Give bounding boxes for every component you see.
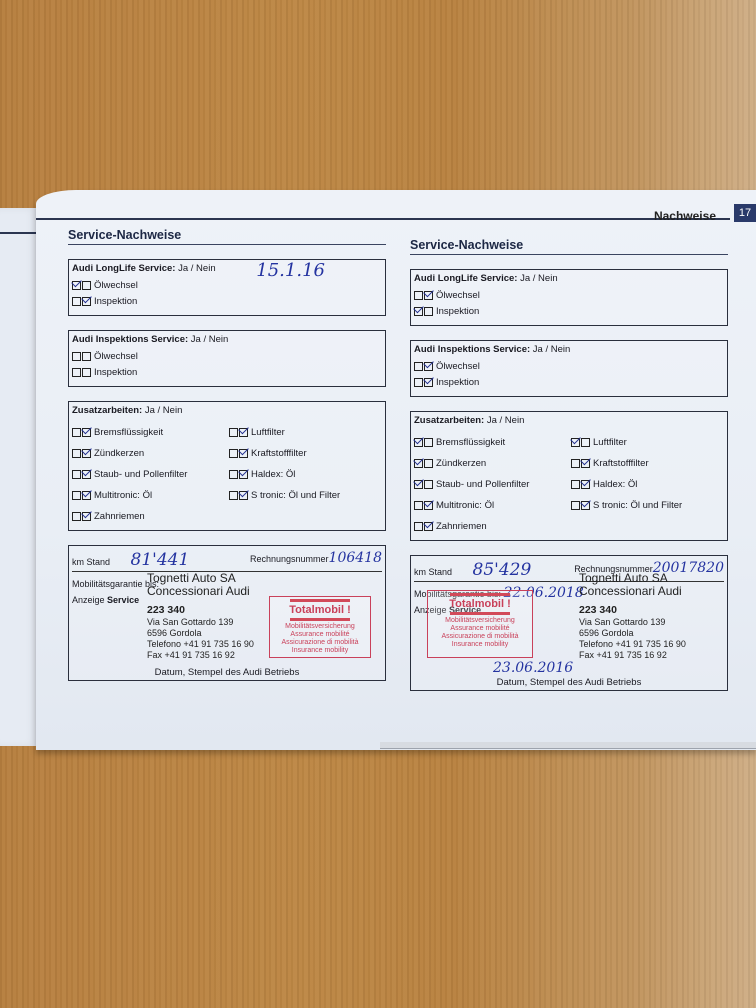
checkbox-ja[interactable] [72,297,81,306]
checkbox-nein[interactable] [424,501,433,510]
checkbox-nein[interactable] [581,438,590,447]
box-title: Audi LongLife Service: Ja / Nein [72,263,382,274]
item-label: Ölwechsel [94,351,138,362]
km-value: 85'429 [473,560,532,580]
checkbox-nein[interactable] [424,522,433,531]
additional-work-box: Zusatzarbeiten: Ja / Nein Bremsflüssigke… [410,411,728,541]
checklist-item: Haldex: Öl [229,469,382,480]
checkbox-nein[interactable] [82,491,91,500]
km-value: 81'441 [131,550,190,570]
longlife-service-box: Audi LongLife Service: Ja / Nein Ölwechs… [68,259,386,316]
checklist-item: Bremsflüssigkeit [72,427,225,438]
checkbox-ja[interactable] [414,459,423,468]
item-label: Multitronic: Öl [436,500,494,511]
checkbox-nein[interactable] [82,368,91,377]
page-number: 17 [734,204,756,222]
item-label: Zahnriemen [94,511,145,522]
checkbox-nein[interactable] [424,438,433,447]
checkbox-ja[interactable] [414,438,423,447]
service-record-column-right: Service-Nachweise Audi LongLife Service:… [410,238,728,705]
dealer-stamp: Tognetti Auto SA Concessionari Audi 223 … [579,572,686,661]
stamp-date: 23.06.2016 [493,660,573,676]
previous-page-edge [0,208,39,746]
checklist-item: S tronic: Öl und Filter [229,490,382,501]
checkbox-nein[interactable] [581,501,590,510]
page-stack-edge [380,742,756,749]
km-row: km Stand 81'441 Rechnungsnummer106418 [72,549,382,572]
checkbox-nein[interactable] [239,470,248,479]
box-title: Audi Inspektions Service: Ja / Nein [414,344,724,355]
item-label: Inspektion [94,367,137,378]
item-label: Haldex: Öl [251,469,295,480]
handwritten-date: 15.1.16 [256,260,325,281]
item-label: Inspektion [436,306,479,317]
checkbox-nein[interactable] [82,470,91,479]
box-title: Zusatzarbeiten: Ja / Nein [72,405,382,416]
checkbox-ja[interactable] [229,491,238,500]
checkbox-nein[interactable] [239,449,248,458]
item-label: Staub- und Pollenfilter [94,469,187,480]
checklist-item: Ölwechsel [72,280,382,291]
checklist-item: S tronic: Öl und Filter [571,500,724,511]
checkbox-ja[interactable] [72,491,81,500]
checkbox-ja[interactable] [571,501,580,510]
item-label: Multitronic: Öl [94,490,152,501]
checklist-item: Inspektion [72,296,382,307]
checkbox-ja[interactable] [414,307,423,316]
checklist-item: Ölwechsel [414,290,724,301]
totalmobil-stamp: Totalmobil ! Mobilitätsversicherung Assu… [427,590,533,658]
item-label: Inspektion [436,377,479,388]
item-label: Luftfilter [593,437,627,448]
checkbox-nein[interactable] [424,291,433,300]
checklist-item: Ölwechsel [414,361,724,372]
checkbox-nein[interactable] [581,459,590,468]
checkbox-nein[interactable] [82,449,91,458]
section-title: Service-Nachweise [68,228,386,245]
checkbox-ja[interactable] [72,368,81,377]
header-rule [36,218,730,220]
checkbox-ja[interactable] [72,512,81,521]
checklist-item: Haldex: Öl [571,479,724,490]
box-title: Audi LongLife Service: Ja / Nein [414,273,724,284]
checkbox-ja[interactable] [414,501,423,510]
invoice-number: 106418 [329,550,382,566]
service-stamp-box: km Stand 81'441 Rechnungsnummer106418 Mo… [68,545,386,681]
longlife-service-box: Audi LongLife Service: Ja / Nein Ölwechs… [410,269,728,326]
checklist-item: Bremsflüssigkeit [414,437,567,448]
checkbox-nein[interactable] [581,480,590,489]
item-label: Luftfilter [251,427,285,438]
box-title: Audi Inspektions Service: Ja / Nein [72,334,382,345]
checklist-item: Kraftstofffilter [229,448,382,459]
checkbox-ja[interactable] [229,470,238,479]
service-record-column-left: Service-Nachweise Audi LongLife Service:… [68,228,386,695]
checklist-item: Ölwechsel [72,351,382,362]
checkbox-ja[interactable] [414,522,423,531]
checkbox-nein[interactable] [424,480,433,489]
item-label: Staub- und Pollenfilter [436,479,529,490]
inspection-service-box: Audi Inspektions Service: Ja / Nein Ölwe… [68,330,386,387]
checkbox-ja[interactable] [571,480,580,489]
checklist-item: Multitronic: Öl [72,490,225,501]
checklist-item: Luftfilter [571,437,724,448]
checkbox-ja[interactable] [72,470,81,479]
checkbox-nein[interactable] [424,378,433,387]
checklist-item: Zündkerzen [414,458,567,469]
checklist-item: Multitronic: Öl [414,500,567,511]
checkbox-ja[interactable] [229,428,238,437]
item-label: Zahnriemen [436,521,487,532]
header-rule [0,232,38,234]
checkbox-ja[interactable] [72,281,81,290]
checkbox-nein[interactable] [82,297,91,306]
checkbox-ja[interactable] [571,459,580,468]
footer-label: Datum, Stempel des Audi Betriebs [69,667,385,678]
totalmobil-stamp: Totalmobil ! Mobilitätsversicherung Assu… [269,596,371,658]
item-label: Bremsflüssigkeit [94,427,163,438]
checkbox-nein[interactable] [424,307,433,316]
checkbox-nein[interactable] [239,428,248,437]
checkbox-nein[interactable] [82,512,91,521]
item-label: Kraftstofffilter [593,458,649,469]
checkbox-nein[interactable] [239,491,248,500]
checkbox-ja[interactable] [72,352,81,361]
inspection-service-box: Audi Inspektions Service: Ja / Nein Ölwe… [410,340,728,397]
checkbox-ja[interactable] [414,480,423,489]
item-label: Bremsflüssigkeit [436,437,505,448]
checkbox-ja[interactable] [72,449,81,458]
item-label: S tronic: Öl und Filter [593,500,682,511]
item-label: Inspektion [94,296,137,307]
item-label: Ölwechsel [436,290,480,301]
checklist-item: Staub- und Pollenfilter [72,469,225,480]
checkbox-ja[interactable] [571,438,580,447]
checkbox-ja[interactable] [414,362,423,371]
checkbox-nein[interactable] [82,428,91,437]
checklist-item: Kraftstofffilter [571,458,724,469]
section-title: Service-Nachweise [410,238,728,255]
item-label: Ölwechsel [436,361,480,372]
checklist-item: Inspektion [72,367,382,378]
dealer-stamp: Tognetti Auto SA Concessionari Audi 223 … [147,572,254,661]
box-title: Zusatzarbeiten: Ja / Nein [414,415,724,426]
item-label: Ölwechsel [94,280,138,291]
item-label: Haldex: Öl [593,479,637,490]
checklist-item: Staub- und Pollenfilter [414,479,567,490]
additional-work-box: Zusatzarbeiten: Ja / Nein Bremsflüssigke… [68,401,386,531]
checklist-item: Zahnriemen [414,521,567,532]
checkbox-nein[interactable] [82,281,91,290]
item-label: Zündkerzen [436,458,486,469]
checklist-item: Zündkerzen [72,448,225,459]
checkbox-nein[interactable] [82,352,91,361]
checkbox-ja[interactable] [414,378,423,387]
checkbox-nein[interactable] [424,459,433,468]
checkbox-ja[interactable] [72,428,81,437]
checklist-item: Luftfilter [229,427,382,438]
service-booklet-page: Nachweise 17 Service-Nachweise Audi Long… [36,190,756,750]
checklist-item: Inspektion [414,377,724,388]
page-header-title: Nachweise [654,209,716,223]
checkbox-ja[interactable] [229,449,238,458]
checklist-item: Inspektion [414,306,724,317]
item-label: Zündkerzen [94,448,144,459]
checklist-item: Zahnriemen [72,511,225,522]
checkbox-nein[interactable] [424,362,433,371]
footer-label: Datum, Stempel des Audi Betriebs [411,677,727,688]
item-label: S tronic: Öl und Filter [251,490,340,501]
service-stamp-box: km Stand 85'429 Rechnungsnummer20017820 … [410,555,728,691]
checkbox-ja[interactable] [414,291,423,300]
item-label: Kraftstofffilter [251,448,307,459]
